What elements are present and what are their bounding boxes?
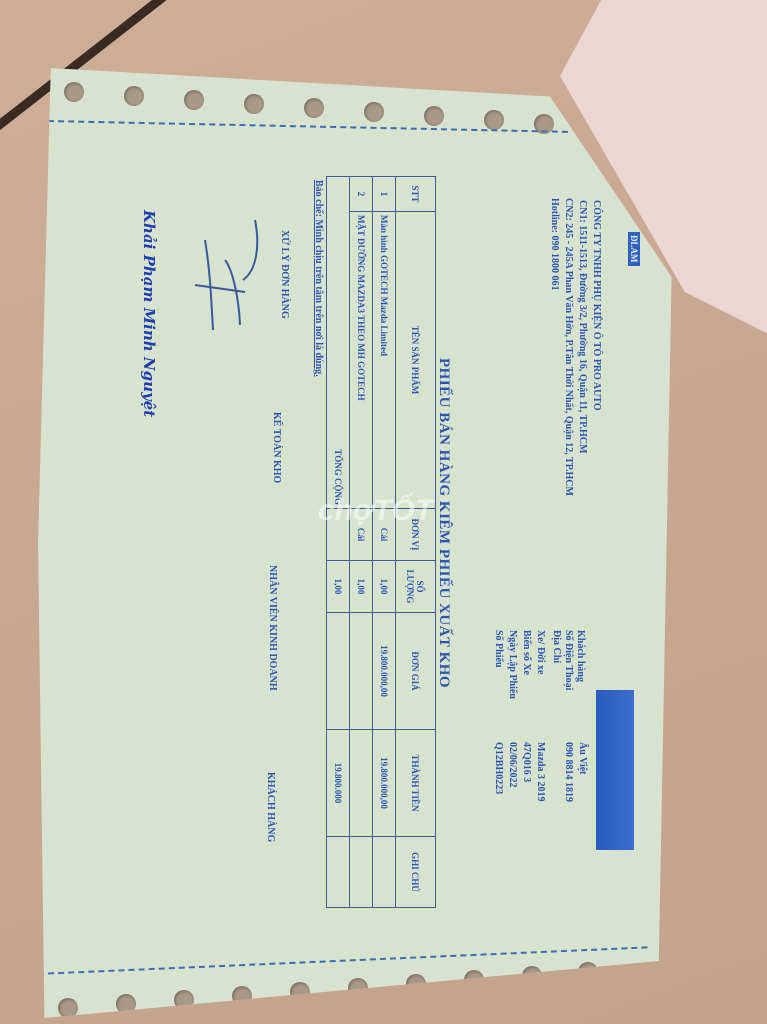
- document-title: PHIẾU BÁN HÀNG KIÊM PHIẾU XUẤT KHO: [435, 358, 452, 688]
- items-table-wrapper: STT TÊN SẢN PHẨM ĐƠN VỊ SỐ LƯỢNG ĐƠN GIÁ…: [326, 176, 436, 908]
- table-row: 1 Màn hình GOTECH Mazda Limited Cái 1,00…: [372, 177, 395, 908]
- perforation-hole: [364, 102, 384, 122]
- label-phone: Số Điện Thoại: [563, 630, 574, 690]
- value-phone: 090 8814 1819: [563, 742, 574, 802]
- perforation-hole: [522, 966, 542, 986]
- value-vehicle: Mazda 3 2019: [535, 742, 546, 801]
- label-receipt-no: Số Phiếu: [493, 630, 504, 668]
- table-header-row: STT TÊN SẢN PHẨM ĐƠN VỊ SỐ LƯỢNG ĐƠN GIÁ…: [395, 177, 435, 908]
- tear-line-bottom: [38, 946, 648, 975]
- total-price: [327, 613, 350, 730]
- items-table: STT TÊN SẢN PHẨM ĐƠN VỊ SỐ LƯỢNG ĐƠN GIÁ…: [326, 176, 436, 908]
- cell-amount: [349, 730, 372, 837]
- total-amount: 19.800.000: [327, 730, 350, 837]
- cell-price: [349, 613, 372, 730]
- company-name: CÔNG TY TNHH PHỤ KIỆN Ô TÔ PRO AUTO: [591, 200, 602, 411]
- perforation-hole: [64, 82, 84, 102]
- header-price: ĐƠN GIÁ: [395, 613, 435, 730]
- total-qty: 1,00: [327, 561, 350, 613]
- label-vehicle: Xe/ Đời xe: [535, 630, 546, 674]
- signature-label-order-processing: XỬ LÝ ĐƠN HÀNG: [279, 230, 290, 319]
- cell-amount: 19.800.000,00: [372, 730, 395, 837]
- perforation-hole: [290, 982, 310, 1002]
- company-hotline: Hotline: 090 1800 061: [549, 198, 560, 291]
- cell-note: [349, 837, 372, 908]
- label-plate: Biển số Xe: [521, 630, 532, 675]
- perforation-hole: [174, 990, 194, 1010]
- label-address: Địa Chỉ: [551, 630, 562, 663]
- signature-label-customer: KHÁCH HÀNG: [265, 772, 276, 842]
- perforation-hole: [124, 86, 144, 106]
- company-branch-2: CN2: 245 - 245A Phan Văn Hớn, P.Tân Thới…: [563, 198, 574, 496]
- cell-stt: 1: [372, 177, 395, 212]
- cell-qty: 1,00: [372, 561, 395, 613]
- table-total-row: TỔNG CỘNG 1,00 19.800.000: [327, 177, 350, 908]
- header-qty: SỐ LƯỢNG: [395, 561, 435, 613]
- header-product: TÊN SẢN PHẨM: [395, 212, 435, 509]
- total-label: TỔNG CỘNG: [327, 177, 350, 509]
- value-receipt-no: Q12BH0223: [493, 742, 504, 794]
- value-date: 02/06/2022: [507, 742, 518, 788]
- perforation-hole: [406, 974, 426, 994]
- cell-price: 19.800.000,00: [372, 613, 395, 730]
- cell-qty: 1,00: [349, 561, 372, 613]
- header-note: GHI CHÚ: [395, 837, 435, 908]
- cell-stt: 2: [349, 177, 372, 212]
- brand-stamp-graphic: [596, 690, 634, 850]
- perforation-hole: [464, 970, 484, 990]
- value-plate: 47Q016 3: [521, 742, 532, 782]
- signature-label-warehouse-accountant: KẾ TOÁN KHO: [271, 412, 282, 483]
- perforation-hole: [578, 962, 598, 982]
- value-customer: Âu Việt: [577, 742, 588, 775]
- label-customer: Khách hàng: [575, 630, 586, 682]
- signature-label-sales-staff: NHÂN VIÊN KINH DOANH: [267, 565, 278, 691]
- table-row: 2 MẶT DƯỠNG MAZDA3 THEO MH GOTECH Cái 1,…: [349, 177, 372, 908]
- perforation-hole: [424, 106, 444, 126]
- company-branch-1: CN1: 1511-1513, Đường 3/2, Phường 16, Qu…: [577, 200, 588, 453]
- perforation-hole: [348, 978, 368, 998]
- signer-name-stamp: Khải Phạm Minh Nguyệt: [140, 210, 158, 417]
- header-stt: STT: [395, 177, 435, 212]
- perforation-hole: [304, 98, 324, 118]
- header-amount: THÀNH TIỀN: [395, 730, 435, 837]
- perforation-hole: [232, 986, 252, 1006]
- perforation-hole: [484, 110, 504, 130]
- total-note: [327, 837, 350, 908]
- cell-note: [372, 837, 395, 908]
- cell-product: Màn hình GOTECH Mazda Limited: [372, 212, 395, 509]
- label-date: Ngày Lập Phiếu: [507, 630, 518, 699]
- perforation-hole: [116, 994, 136, 1014]
- chotot-watermark: chợTỐT: [318, 494, 433, 528]
- perforation-hole: [184, 90, 204, 110]
- perforation-hole: [58, 998, 78, 1018]
- company-logo: ĐLAM: [628, 232, 640, 266]
- warranty-note: Bảo chế: Mình chịu trên tâm trên nơi là …: [313, 180, 324, 377]
- cell-product: MẶT DƯỠNG MAZDA3 THEO MH GOTECH: [349, 212, 372, 509]
- handwritten-signature: [185, 210, 265, 340]
- perforation-hole: [244, 94, 264, 114]
